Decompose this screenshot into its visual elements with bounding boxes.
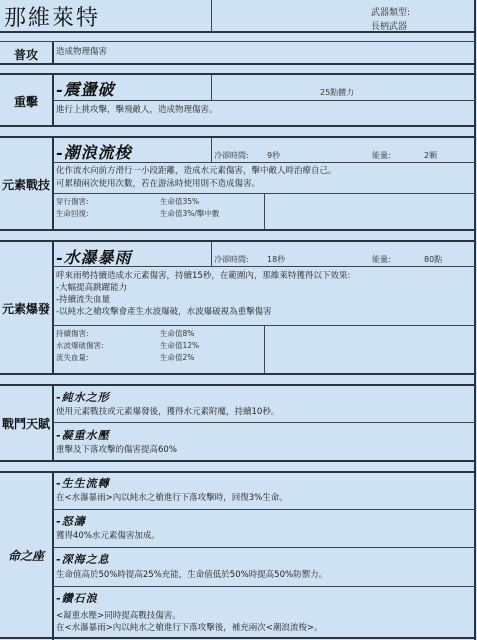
burst-stat-value: 生命值8% [160, 328, 194, 339]
skill-energy-value: 2顆 [424, 150, 437, 161]
divider [53, 547, 476, 548]
constellation-description: 在<水瀑暴雨>內以純水之槍進行下落攻擊時，回復3%生命。 [56, 492, 288, 504]
burst-cooldown-label: 冷卻時間: [214, 254, 249, 265]
constellation-name: -生生流轉 [56, 475, 110, 491]
divider [52, 138, 54, 230]
divider [0, 240, 476, 242]
elemental-skill-description-1: 化作流水向前方滑行一小段距離，造成水元素傷害，擊中敵人時治療自己。 [56, 165, 337, 177]
divider [53, 586, 476, 587]
charged-attack-label: 重擊 [0, 93, 52, 110]
passive-talent-name: -凝重水壓 [56, 427, 110, 443]
constellation-description: 生命值高於50%時提高25%充能，生命值低於50%時提高50%防禦力。 [56, 569, 327, 581]
burst-stat-value: 生命值2% [160, 352, 194, 363]
passive-talents-label: 戰鬥天賦 [0, 415, 52, 432]
charged-attack-cost: 25點體力 [320, 87, 354, 98]
skill-cooldown-label: 冷卻時間: [214, 150, 249, 161]
divider [53, 422, 476, 423]
divider [211, 138, 212, 163]
passive-talent-name: -純水之形 [56, 389, 110, 405]
character-sheet: 那維萊特 武器類型: 長柄武器 普攻 造成物理傷害 重擊 -震盪破 25點體力 … [0, 0, 476, 640]
charged-attack-name: -震盪破 [56, 77, 115, 100]
divider [52, 42, 54, 63]
elemental-burst-description-4: -以純水之槍攻擊會產生水波爆破，水波爆破視為重擊傷害 [56, 306, 272, 318]
skill-energy-label: 能量: [372, 150, 391, 161]
divider [0, 637, 476, 639]
burst-stat-name: 流失血量: [56, 352, 89, 363]
constellation-name: -怒濤 [56, 513, 86, 529]
constellation-description: 獲得40%水元素傷害加成。 [56, 530, 160, 542]
divider [53, 162, 476, 163]
burst-cooldown-value: 18秒 [267, 254, 285, 265]
elemental-burst-name: -水瀑暴雨 [56, 245, 132, 268]
divider [0, 384, 476, 386]
divider [0, 136, 476, 138]
burst-stat-name: 水波爆破傷害: [56, 340, 104, 351]
elemental-burst-description-1: 呼來雨勢持續造成水元素傷害，持續15秒，在範圍內，那維萊特獲得以下效果: [56, 270, 350, 282]
burst-stat-value: 生命值12% [160, 340, 199, 351]
divider [0, 73, 476, 75]
constellation-name: -鑽石浪 [56, 590, 98, 606]
elemental-skill-name: -潮浪流梭 [56, 140, 132, 163]
charged-attack-description: 進行上挑攻擊，擊飛敵人，造成物理傷害。 [56, 104, 218, 116]
elemental-burst-description-3: -持續流失血量 [56, 294, 110, 306]
weapon-type-label: 武器類型: [371, 5, 410, 18]
divider [211, 242, 212, 267]
divider [53, 100, 476, 101]
divider [0, 63, 476, 65]
burst-energy-value: 80點 [424, 254, 442, 265]
divider [264, 194, 265, 230]
elemental-skill-label: 元素戰技 [0, 176, 52, 193]
skill-cooldown-value: 9秒 [267, 150, 280, 161]
skill-stat-name: 生命回復: [56, 208, 89, 219]
skill-stat-name: 穿行傷害: [56, 196, 89, 207]
divider [264, 326, 265, 374]
divider [0, 460, 476, 462]
normal-attack-label: 普攻 [0, 46, 52, 63]
elemental-skill-description-2: 可累積兩次使用次數，若在游泳時使用則不造成傷害。 [56, 178, 260, 190]
constellation-name: -深海之息 [56, 551, 110, 567]
normal-attack-description: 造成物理傷害 [56, 46, 107, 58]
elemental-burst-description-2: -大幅提高跳躍能力 [56, 282, 127, 294]
passive-talent-description: 使用元素戰技或元素爆發後，獲得水元素附魔，持續10秒。 [56, 406, 279, 418]
divider [0, 229, 476, 231]
divider [52, 473, 54, 640]
divider [0, 373, 476, 375]
divider [52, 242, 54, 374]
divider [211, 0, 212, 31]
constellation-description: <凝重水壓>同時提高戰技傷害。 在<水瀑暴雨>內以純水之槍進行下落攻擊後，補充兩… [56, 610, 323, 634]
divider [0, 125, 476, 127]
burst-stat-name: 持續傷害: [56, 328, 89, 339]
divider [53, 509, 476, 510]
divider [0, 31, 476, 33]
skill-stat-value: 生命值3%/擊中數 [160, 208, 219, 219]
burst-energy-label: 能量: [372, 254, 391, 265]
divider [211, 75, 212, 100]
character-name: 那維萊特 [4, 1, 100, 32]
skill-stat-value: 生命值35% [160, 196, 199, 207]
divider [0, 471, 476, 473]
divider [52, 386, 54, 461]
constellations-label: 命之座 [0, 547, 52, 564]
passive-talent-description: 重擊及下落攻擊的傷害提高60% [56, 444, 177, 456]
divider [0, 41, 476, 42]
elemental-burst-label: 元素爆發 [0, 300, 52, 317]
divider [53, 266, 476, 267]
